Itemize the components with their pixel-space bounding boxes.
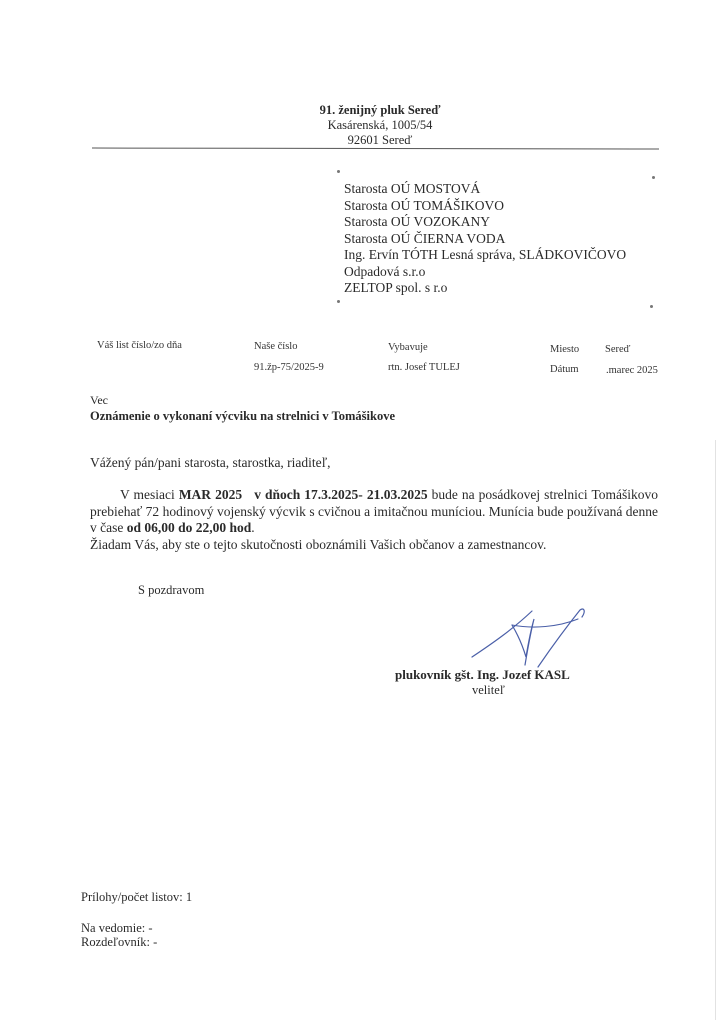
scan-edge-line xyxy=(715,440,716,1020)
place-value: Sereď xyxy=(605,343,630,356)
letterhead-unit-name: 91. ženijný pluk Sereď xyxy=(0,103,724,117)
letterhead-city: 92601 Sereď xyxy=(0,133,724,147)
body-text xyxy=(242,487,254,502)
handled-by-label: Vybavuje xyxy=(388,341,428,354)
recipient: ZELTOP spol. s r.o xyxy=(344,280,626,297)
subject-title: Oznámenie o vykonaní výcviku na strelnic… xyxy=(90,409,395,424)
letter-body: V mesiaci MAR 2025 v dňoch 17.3.2025- 21… xyxy=(90,487,658,553)
handwritten-signature xyxy=(468,605,598,670)
date-value: .marec 2025 xyxy=(606,364,658,377)
handled-by-value: rtn. Josef TULEJ xyxy=(388,361,460,374)
recipient: Starosta OÚ VOZOKANY xyxy=(344,214,626,231)
recipient: Odpadová s.r.o xyxy=(344,264,626,281)
cc-list: Na vedomie: - xyxy=(81,921,153,936)
recipient: Starosta OÚ MOSTOVÁ xyxy=(344,181,626,198)
our-number-value: 91.žp-75/2025-9 xyxy=(254,361,324,374)
body-paragraph-1: V mesiaci MAR 2025 v dňoch 17.3.2025- 21… xyxy=(90,487,658,537)
place-label: Miesto xyxy=(550,343,579,356)
attachments-count: Prílohy/počet listov: 1 xyxy=(81,890,192,905)
subject-label: Vec xyxy=(90,393,108,408)
body-text: V mesiaci xyxy=(120,487,179,502)
salutation: Vážený pán/pani starosta, starostka, ria… xyxy=(90,455,331,471)
body-text: . xyxy=(251,520,254,535)
our-number-label: Naše číslo xyxy=(254,340,297,353)
address-window-mark-bottom-left xyxy=(337,300,340,303)
closing-greeting: S pozdravom xyxy=(138,583,204,598)
your-letter-label: Váš list číslo/zo dňa xyxy=(97,339,182,352)
recipient: Ing. Ervín TÓTH Lesná správa, SLÁDKOVIČO… xyxy=(344,247,626,264)
recipient: Starosta OÚ ČIERNA VODA xyxy=(344,231,626,248)
signatory-name: plukovník gšt. Ing. Jozef KASL xyxy=(395,667,570,683)
distribution-list: Rozdeľovník: - xyxy=(81,935,157,950)
training-dates: v dňoch 17.3.2025- 21.03.2025 xyxy=(254,487,427,502)
address-window-mark-top-right xyxy=(652,176,655,179)
recipient: Starosta OÚ TOMÁŠIKOVO xyxy=(344,198,626,215)
date-label: Dátum xyxy=(550,363,579,376)
training-hours: od 06,00 do 22,00 hod xyxy=(127,520,252,535)
letterhead-address: Kasárenská, 1005/54 xyxy=(0,118,724,132)
address-window-mark-top-left xyxy=(337,170,340,173)
training-month: MAR 2025 xyxy=(179,487,242,502)
letterhead-divider xyxy=(92,148,659,150)
signatory-role: veliteľ xyxy=(472,683,505,698)
body-paragraph-2: Žiadam Vás, aby ste o tejto skutočnosti … xyxy=(90,537,658,554)
recipient-list: Starosta OÚ MOSTOVÁ Starosta OÚ TOMÁŠIKO… xyxy=(344,181,626,297)
address-window-mark-bottom-right xyxy=(650,305,653,308)
